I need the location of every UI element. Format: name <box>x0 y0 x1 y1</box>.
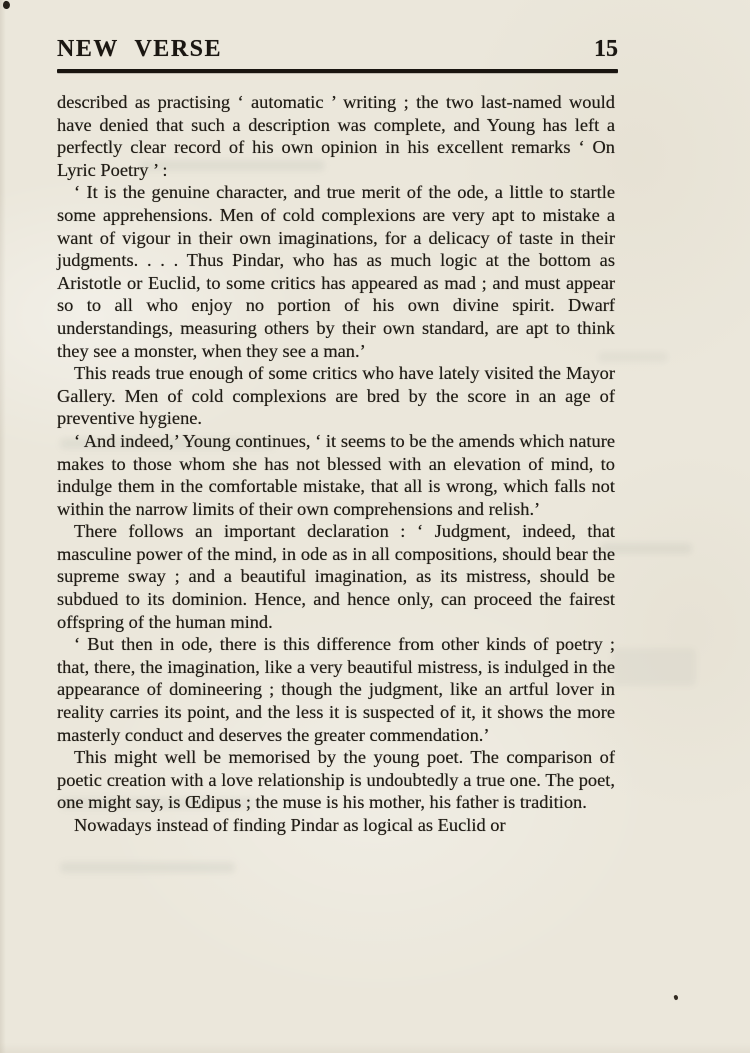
ink-speck-bottom-right <box>673 995 678 1001</box>
page-number: 15 <box>594 36 618 63</box>
header-rule <box>57 69 618 73</box>
ink-speck-top-left <box>2 0 11 9</box>
publication-title: NEW VERSE <box>57 36 222 63</box>
paragraph: described as practising ‘ automatic ’ wr… <box>57 91 615 181</box>
running-head: NEW VERSE 15 <box>57 36 618 73</box>
paragraph: There follows an important declaration :… <box>57 520 615 633</box>
show-through-ghost <box>60 862 235 873</box>
paragraph: ‘ And indeed,’ Young continues, ‘ it see… <box>57 430 615 520</box>
paragraph: This might well be memorised by the youn… <box>57 746 615 814</box>
article-body: described as practising ‘ automatic ’ wr… <box>57 91 615 837</box>
paragraph: This reads true enough of some critics w… <box>57 362 615 430</box>
paragraph: ‘ It is the genuine character, and true … <box>57 181 615 362</box>
show-through-ghost <box>612 648 696 686</box>
paragraph: ‘ But then in ode, there is this differe… <box>57 633 615 746</box>
paragraph: Nowadays instead of finding Pindar as lo… <box>57 814 615 837</box>
